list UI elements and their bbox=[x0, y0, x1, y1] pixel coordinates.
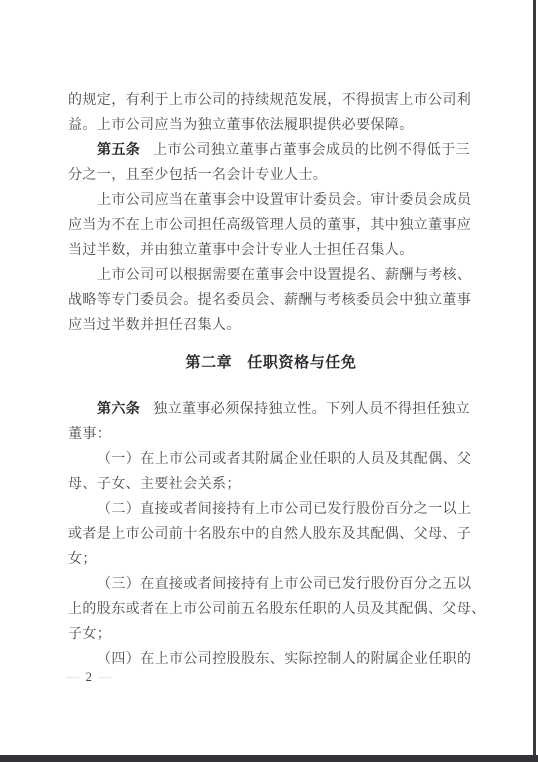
text-line: 分之一，且至少包括一名会计专业人士。 bbox=[68, 163, 474, 188]
page-number: 2 bbox=[86, 669, 93, 684]
text-line: 或者是上市公司前十名股东中的自然人股东及其配偶、父母、子 bbox=[68, 522, 474, 547]
text-line: 上的股东或者在上市公司前五名股东任职的人员及其配偶、父母、 bbox=[68, 597, 474, 622]
text-line: （一）在上市公司或者其附属企业任职的人员及其配偶、父 bbox=[68, 447, 474, 472]
text-line: 战略等专门委员会。提名委员会、薪酬与考核委员会中独立董事 bbox=[68, 288, 474, 313]
text-line: 的规定，有利于上市公司的持续规范发展，不得损害上市公司利 bbox=[68, 88, 474, 113]
footer-left-dash: — bbox=[66, 669, 80, 684]
text-line: 应当为不在上市公司担任高级管理人员的董事，其中独立董事应 bbox=[68, 213, 474, 238]
document-page: 的规定，有利于上市公司的持续规范发展，不得损害上市公司利益。上市公司应当为独立董… bbox=[0, 0, 538, 762]
text-line: 上市公司应当在董事会中设置审计委员会。审计委员会成员 bbox=[68, 188, 474, 213]
page-footer: —2— bbox=[66, 666, 112, 688]
text-line: （二）直接或者间接持有上市公司已发行股份百分之一以上 bbox=[68, 497, 474, 522]
text-line: 当过半数，并由独立董事中会计专业人士担任召集人。 bbox=[68, 238, 474, 263]
article-number-bold: 第六条 bbox=[97, 402, 140, 417]
text-line: 应当过半数并担任召集人。 bbox=[68, 313, 474, 338]
text-line: 母、子女、主要社会关系； bbox=[68, 472, 474, 497]
text-line: 第五条上市公司独立董事占董事会成员的比例不得低于三 bbox=[68, 138, 474, 163]
scan-edge-right-line bbox=[533, 0, 536, 762]
text-line: （三）在直接或者间接持有上市公司已发行股份百分之五以 bbox=[68, 572, 474, 597]
text-line: 女； bbox=[68, 547, 474, 572]
footer-right-dash: — bbox=[99, 669, 113, 684]
article-number-bold: 第五条 bbox=[97, 143, 140, 158]
text-line: （四）在上市公司控股股东、实际控制人的附属企业任职的 bbox=[68, 647, 474, 672]
chapter-number: 第二章 bbox=[185, 355, 232, 371]
text-line: 第六条独立董事必须保持独立性。下列人员不得担任独立 bbox=[68, 397, 474, 422]
body-section-1: 的规定，有利于上市公司的持续规范发展，不得损害上市公司利益。上市公司应当为独立董… bbox=[68, 88, 474, 338]
body-section-2: 第六条独立董事必须保持独立性。下列人员不得担任独立董事：（一）在上市公司或者其附… bbox=[68, 397, 474, 672]
scan-edge-bottom-band bbox=[0, 755, 538, 762]
chapter-title: 任职资格与任免 bbox=[247, 355, 356, 371]
document-body: 的规定，有利于上市公司的持续规范发展，不得损害上市公司利益。上市公司应当为独立董… bbox=[68, 88, 474, 672]
text-line: 董事： bbox=[68, 422, 474, 447]
text-line: 上市公司可以根据需要在董事会中设置提名、薪酬与考核、 bbox=[68, 263, 474, 288]
text-line: 子女； bbox=[68, 622, 474, 647]
text-line: 益。上市公司应当为独立董事依法履职提供必要保障。 bbox=[68, 113, 474, 138]
chapter-heading: 第二章任职资格与任免 bbox=[68, 351, 474, 376]
